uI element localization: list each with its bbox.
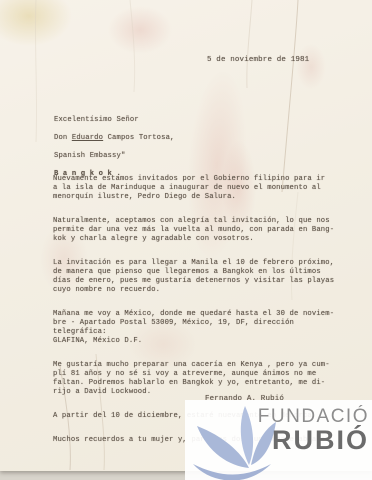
paper-stain	[296, 44, 326, 90]
paragraph: Naturalmente, aceptamos con alegría tal …	[53, 217, 351, 244]
fundacio-rubio-logo: FUNDACIÓ RUBIÓ	[185, 400, 372, 480]
paper-stain	[108, 6, 172, 54]
logo-fundacio-text: FUNDACIÓ	[258, 407, 369, 427]
paragraph: Mañana me voy a México, donde me quedaré…	[53, 310, 351, 346]
paragraph: Nuevamente estamos invitados por el Gobi…	[53, 175, 351, 202]
paper-stain	[0, 0, 72, 46]
logo-wordmark: FUNDACIÓ RUBIÓ	[258, 407, 369, 453]
logo-rubio-text: RUBIÓ	[258, 427, 369, 453]
scanned-letter: 5 de noviembre de 1981 Excelentísimo Señ…	[0, 0, 372, 480]
paragraph: Me gustaría mucho preparar una cacería e…	[53, 361, 351, 397]
recipient-name-suffix: Campos Tortosa,	[103, 134, 174, 142]
paragraph: La invitación es para llegar a Manila el…	[53, 259, 351, 295]
recipient-name-line: Don Eduardo Campos Tortosa,	[54, 134, 175, 143]
recipient-name-prefix: Don	[54, 134, 72, 142]
recipient-first-name: Eduardo	[72, 134, 103, 142]
recipient-title: Excelentísimo Señor	[54, 116, 175, 125]
letter-date: 5 de noviembre de 1981	[207, 56, 309, 65]
recipient-org: Spanish Embassy"	[54, 152, 175, 161]
